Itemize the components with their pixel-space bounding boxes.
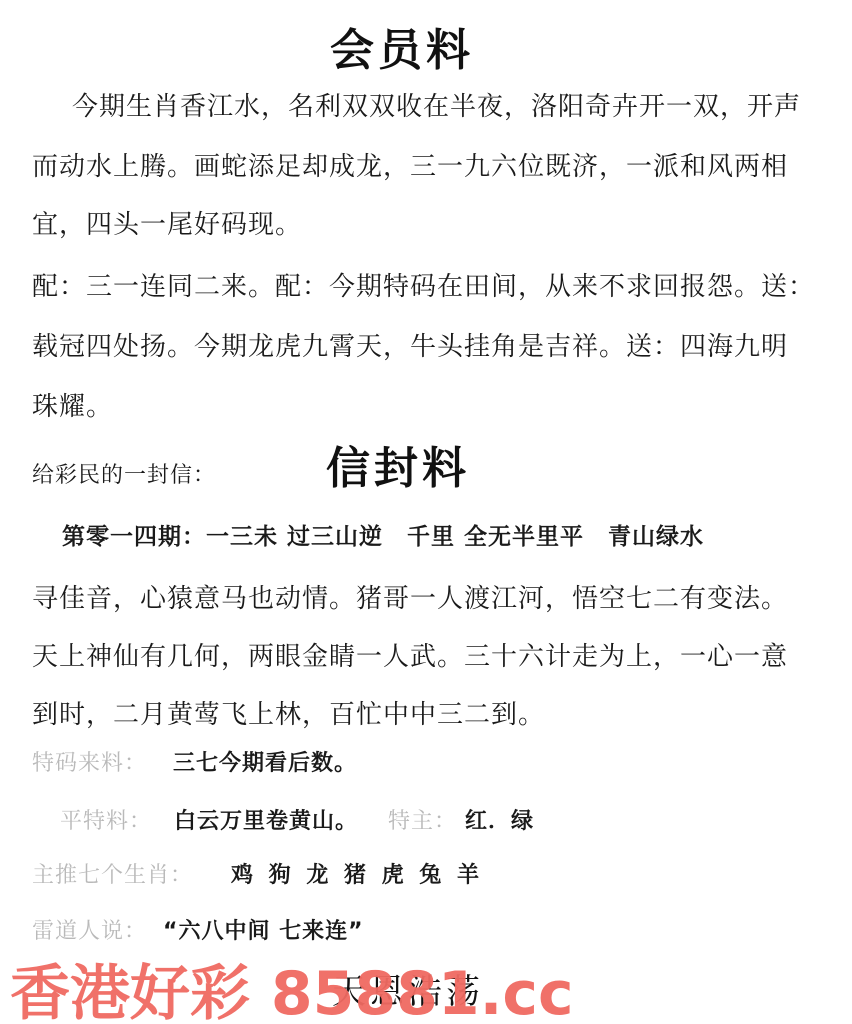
item-label: 雷道人说： <box>32 919 147 944</box>
letter-intro: 给彩民的一封信： <box>32 458 216 489</box>
member-text-line-1: 今期生肖香江水，名利双双收在半夜，洛阳奇卉开一双，开声 <box>72 86 801 123</box>
item-saying: 雷道人说： “六八中间 七来连” <box>32 914 364 945</box>
item-value: 白云万里卷黄山。 <box>174 809 358 834</box>
issue-line: 第零一四期：一三未 过三山逆 千里 全无半里平 青山绿水 <box>62 518 704 551</box>
watermark: 香港好彩 85881.cc <box>10 946 574 1024</box>
section-title-member: 会员料 <box>330 14 474 78</box>
item-zodiacs: 主推七个生肖： 鸡 狗 龙 猪 虎 兔 羊 <box>32 858 483 889</box>
item-flat-special: 平特料： 白云万里卷黄山。 特主： 红．绿 <box>60 804 534 835</box>
item-extra-label: 特主： <box>388 809 457 834</box>
item-value: 三七今期看后数。 <box>173 751 357 776</box>
member-text-line-2: 而动水上腾。画蛇添足却成龙，三一九六位既济，一派和风两相 <box>32 146 788 183</box>
letter-text-line-3: 到时，二月黄莺飞上林，百忙中中三二到。 <box>32 694 545 731</box>
item-special-code: 特码来料： 三七今期看后数。 <box>32 746 357 777</box>
member-text-line-3: 宜，四头一尾好码现。 <box>32 204 302 241</box>
item-value: 鸡 狗 龙 猪 虎 兔 羊 <box>231 863 483 888</box>
letter-text-line-2: 天上神仙有几何，两眼金睛一人武。三十六计走为上，一心一意 <box>32 636 788 673</box>
item-label: 平特料： <box>60 809 152 834</box>
item-value: “六八中间 七来连” <box>163 919 364 944</box>
member-text-line-6: 珠耀。 <box>32 386 113 423</box>
item-extra-value: 红．绿 <box>465 809 534 834</box>
item-label: 特码来料： <box>32 751 147 776</box>
item-label: 主推七个生肖： <box>32 863 193 888</box>
letter-text-line-1: 寻佳音，心猿意马也动情。猪哥一人渡江河，悟空七二有变法。 <box>32 578 788 615</box>
member-text-line-5: 载冠四处扬。今期龙虎九霄天，牛头挂角是吉祥。送：四海九明 <box>32 326 788 363</box>
member-text-line-4: 配：三一连同二来。配：今期特码在田间，从来不求回报怨。送： <box>32 266 815 303</box>
section-title-letter: 信封料 <box>326 432 470 496</box>
